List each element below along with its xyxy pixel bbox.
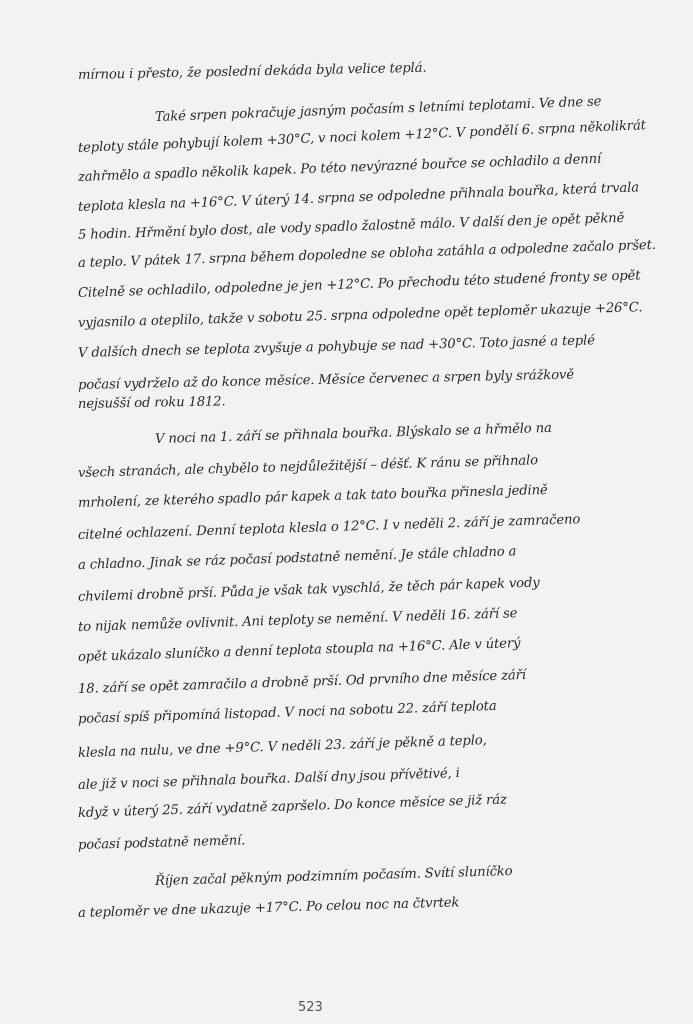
text-line: 18. září se opět zamračilo a drobně prší… [78, 664, 638, 697]
text-line: všech stranách, ale chybělo to nejdůleži… [78, 450, 638, 481]
text-line: mrholení, ze kterého spadlo pár kapek a … [78, 480, 638, 511]
text-line: 5 hodin. Hřmění bylo dost, ale vody spad… [78, 210, 638, 243]
text-line: chvilemi drobně prší. Půda je však tak v… [78, 572, 638, 605]
text-line: citelné ochlazení. Denní teplota klesla … [78, 510, 638, 543]
text-line: opět ukázalo sluníčko a denní teplota st… [78, 632, 638, 665]
text-line: a teploměr ve dne ukazuje +17°C. Po celo… [78, 890, 638, 921]
text-line: V dalších dnech se teplota zvyšuje a poh… [78, 332, 638, 361]
text-line: když v úterý 25. září vydatně zapršelo. … [78, 788, 638, 821]
text-line: klesla na nulu, ve dne +9°C. V neděli 23… [78, 728, 638, 761]
scanned-page: mírnou i přesto, že poslední dekáda byla… [0, 0, 693, 1024]
text-line: Citelně se ochladilo, odpoledne je jen +… [78, 268, 638, 301]
text-line: vyjasnilo a oteplilo, takže v sobotu 25.… [78, 300, 638, 331]
text-line: mírnou i přesto, že poslední dekáda byla… [78, 56, 638, 83]
text-line: a teplo. V pátek 17. srpna během dopoled… [78, 238, 638, 271]
text-line: ale již v noci se přihnala bouřka. Další… [78, 760, 638, 793]
text-line: počasí podstatně nemění. [78, 822, 638, 853]
paragraph-first-line: Říjen začal pěkným podzimním počasím. Sv… [155, 858, 693, 889]
text-line: to nijak nemůže ovlivnit. Ani teploty se… [78, 602, 638, 635]
text-line: teplota klesla na +16°C. V úterý 14. srp… [78, 180, 638, 215]
text-line: počasí spíš připomíná listopad. V noci n… [78, 694, 638, 727]
text-line: zahřmělo a spadlo několik kapek. Po této… [78, 150, 638, 185]
paragraph-first-line: V noci na 1. září se přihnala bouřka. Bl… [155, 416, 693, 447]
text-line: a chladno. Jinak se ráz počasí podstatně… [78, 540, 638, 573]
page-number: 523 [298, 1000, 323, 1015]
